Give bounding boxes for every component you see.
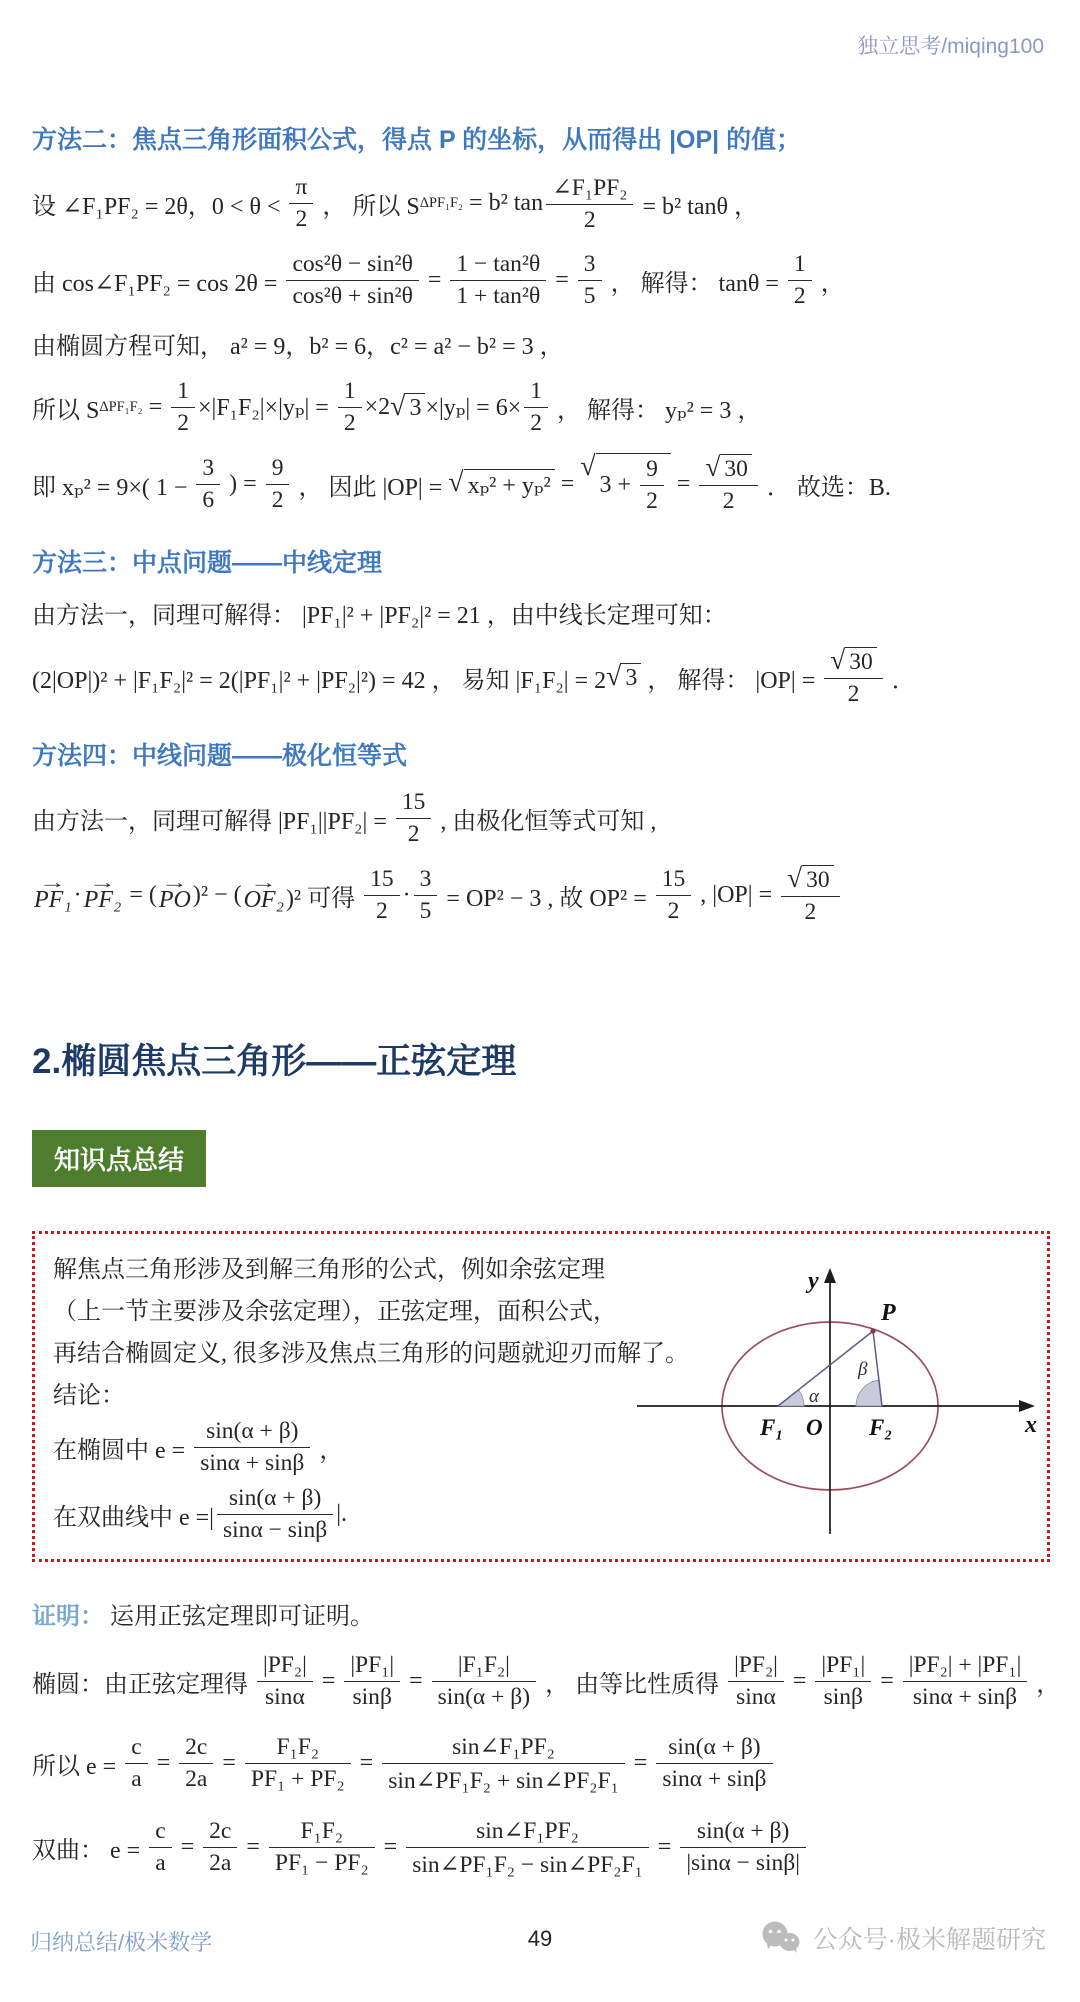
formula-line: 所以 e = ca = 2c2a = F₁F₂PF₁ + PF₂ = sin∠F… xyxy=(32,1731,1050,1795)
formula-line: 再结合椭圆定义, 很多涉及焦点三角形的问题就迎刃而解了。 xyxy=(53,1333,1029,1368)
formula-line: PF₁·PF₂ = (PO)² − (OF₂)² 可得 152·35 = OP²… xyxy=(32,864,1050,926)
formula-line: （上一节主要涉及余弦定理），正弦定理，面积公式， xyxy=(53,1291,1029,1326)
formula-line: (2|OP|)² + |F₁F₂|² = 2(|PF₁|² + |PF₂|²) … xyxy=(32,646,1050,708)
section-title: 2.椭圆焦点三角形——正弦定理 xyxy=(32,1034,1050,1084)
page-footer: 归纳总结/极米数学 49 公众号·极米解题研究 xyxy=(0,1920,1080,1960)
wechat-icon xyxy=(759,1920,803,1956)
formula-line: 设 ∠F₁PF₂ = 2θ，0 < θ < π2 ， 所以 SΔPF₁F₂ = … xyxy=(32,172,1050,234)
formula-line: 解焦点三角形涉及到解三角形的公式，例如余弦定理 xyxy=(53,1249,1029,1284)
formula-line: 椭圆：由正弦定理得 |PF₂|sinα = |PF₁|sinβ = |F₁F₂|… xyxy=(32,1651,1050,1711)
method-heading: 方法三：中点问题——中线定理 xyxy=(32,543,1050,579)
formula-line: 即 xₚ² = 9×( 1 − 36 ) = 92 ， 因此 |OP| = xₚ… xyxy=(32,453,1050,515)
footer-source: 归纳总结/极米数学 xyxy=(30,1926,212,1957)
proof-section: 证明： 运用正弦定理即可证明。椭圆：由正弦定理得 |PF₂|sinα = |PF… xyxy=(32,1596,1050,1879)
page-header: 独立思考/miqing100 xyxy=(857,30,1044,60)
page-number: 49 xyxy=(528,1926,552,1952)
brand-watermark: 独立思考/miqing100 xyxy=(857,35,1044,58)
formula-line: 双曲： e = ca = 2c2a = F₁F₂PF₁ − PF₂ = sin∠… xyxy=(32,1815,1050,1879)
footer-account-area: 公众号·极米解题研究 xyxy=(759,1920,1046,1956)
footer-account-name: 公众号·极米解题研究 xyxy=(813,1920,1046,1956)
formula-line: 所以 SΔPF₁F₂ = 12×|F₁F₂|×|yₚ| = 12×23×|yₚ|… xyxy=(32,377,1050,437)
methods-section: 方法二：焦点三角形面积公式，得点 P 的坐标，从而得出 |OP| 的值；设 ∠F… xyxy=(32,120,1050,926)
formula-line: 由 cos∠F₁PF₂ = cos 2θ = cos²θ − sin²θcos²… xyxy=(32,250,1050,310)
document-content: 方法二：焦点三角形面积公式，得点 P 的坐标，从而得出 |OP| 的值；设 ∠F… xyxy=(0,0,1080,1879)
method-heading: 方法四：中线问题——极化恒等式 xyxy=(32,736,1050,772)
formula-line: 在双曲线中 e =|sin(α + β)sinα − sinβ|. xyxy=(53,1484,1029,1544)
method-heading: 方法二：焦点三角形面积公式，得点 P 的坐标，从而得出 |OP| 的值； xyxy=(32,120,1050,156)
document-page: 独立思考/miqing100 方法二：焦点三角形面积公式，得点 P 的坐标，从而… xyxy=(0,0,1080,2002)
knowledge-box: 解焦点三角形涉及到解三角形的公式，例如余弦定理（上一节主要涉及余弦定理），正弦定… xyxy=(32,1231,1050,1562)
knowledge-box-text: 解焦点三角形涉及到解三角形的公式，例如余弦定理（上一节主要涉及余弦定理），正弦定… xyxy=(53,1249,1029,1544)
formula-line: 证明： 运用正弦定理即可证明。 xyxy=(32,1596,1050,1631)
formula-line: 结论： xyxy=(53,1375,1029,1410)
formula-line: 由椭圆方程可知， a² = 9，b² = 6，c² = a² − b² = 3 … xyxy=(32,326,1050,361)
formula-line: 由方法一，同理可解得： |PF₁|² + |PF₂|² = 21 ，由中线长定理… xyxy=(32,595,1050,630)
formula-line: 由方法一，同理可解得 |PF₁||PF₂| = 152 , 由极化恒等式可知 , xyxy=(32,788,1050,848)
formula-line: 在椭圆中 e = sin(α + β)sinα + sinβ ， xyxy=(53,1417,1029,1477)
knowledge-badge: 知识点总结 xyxy=(32,1130,206,1187)
